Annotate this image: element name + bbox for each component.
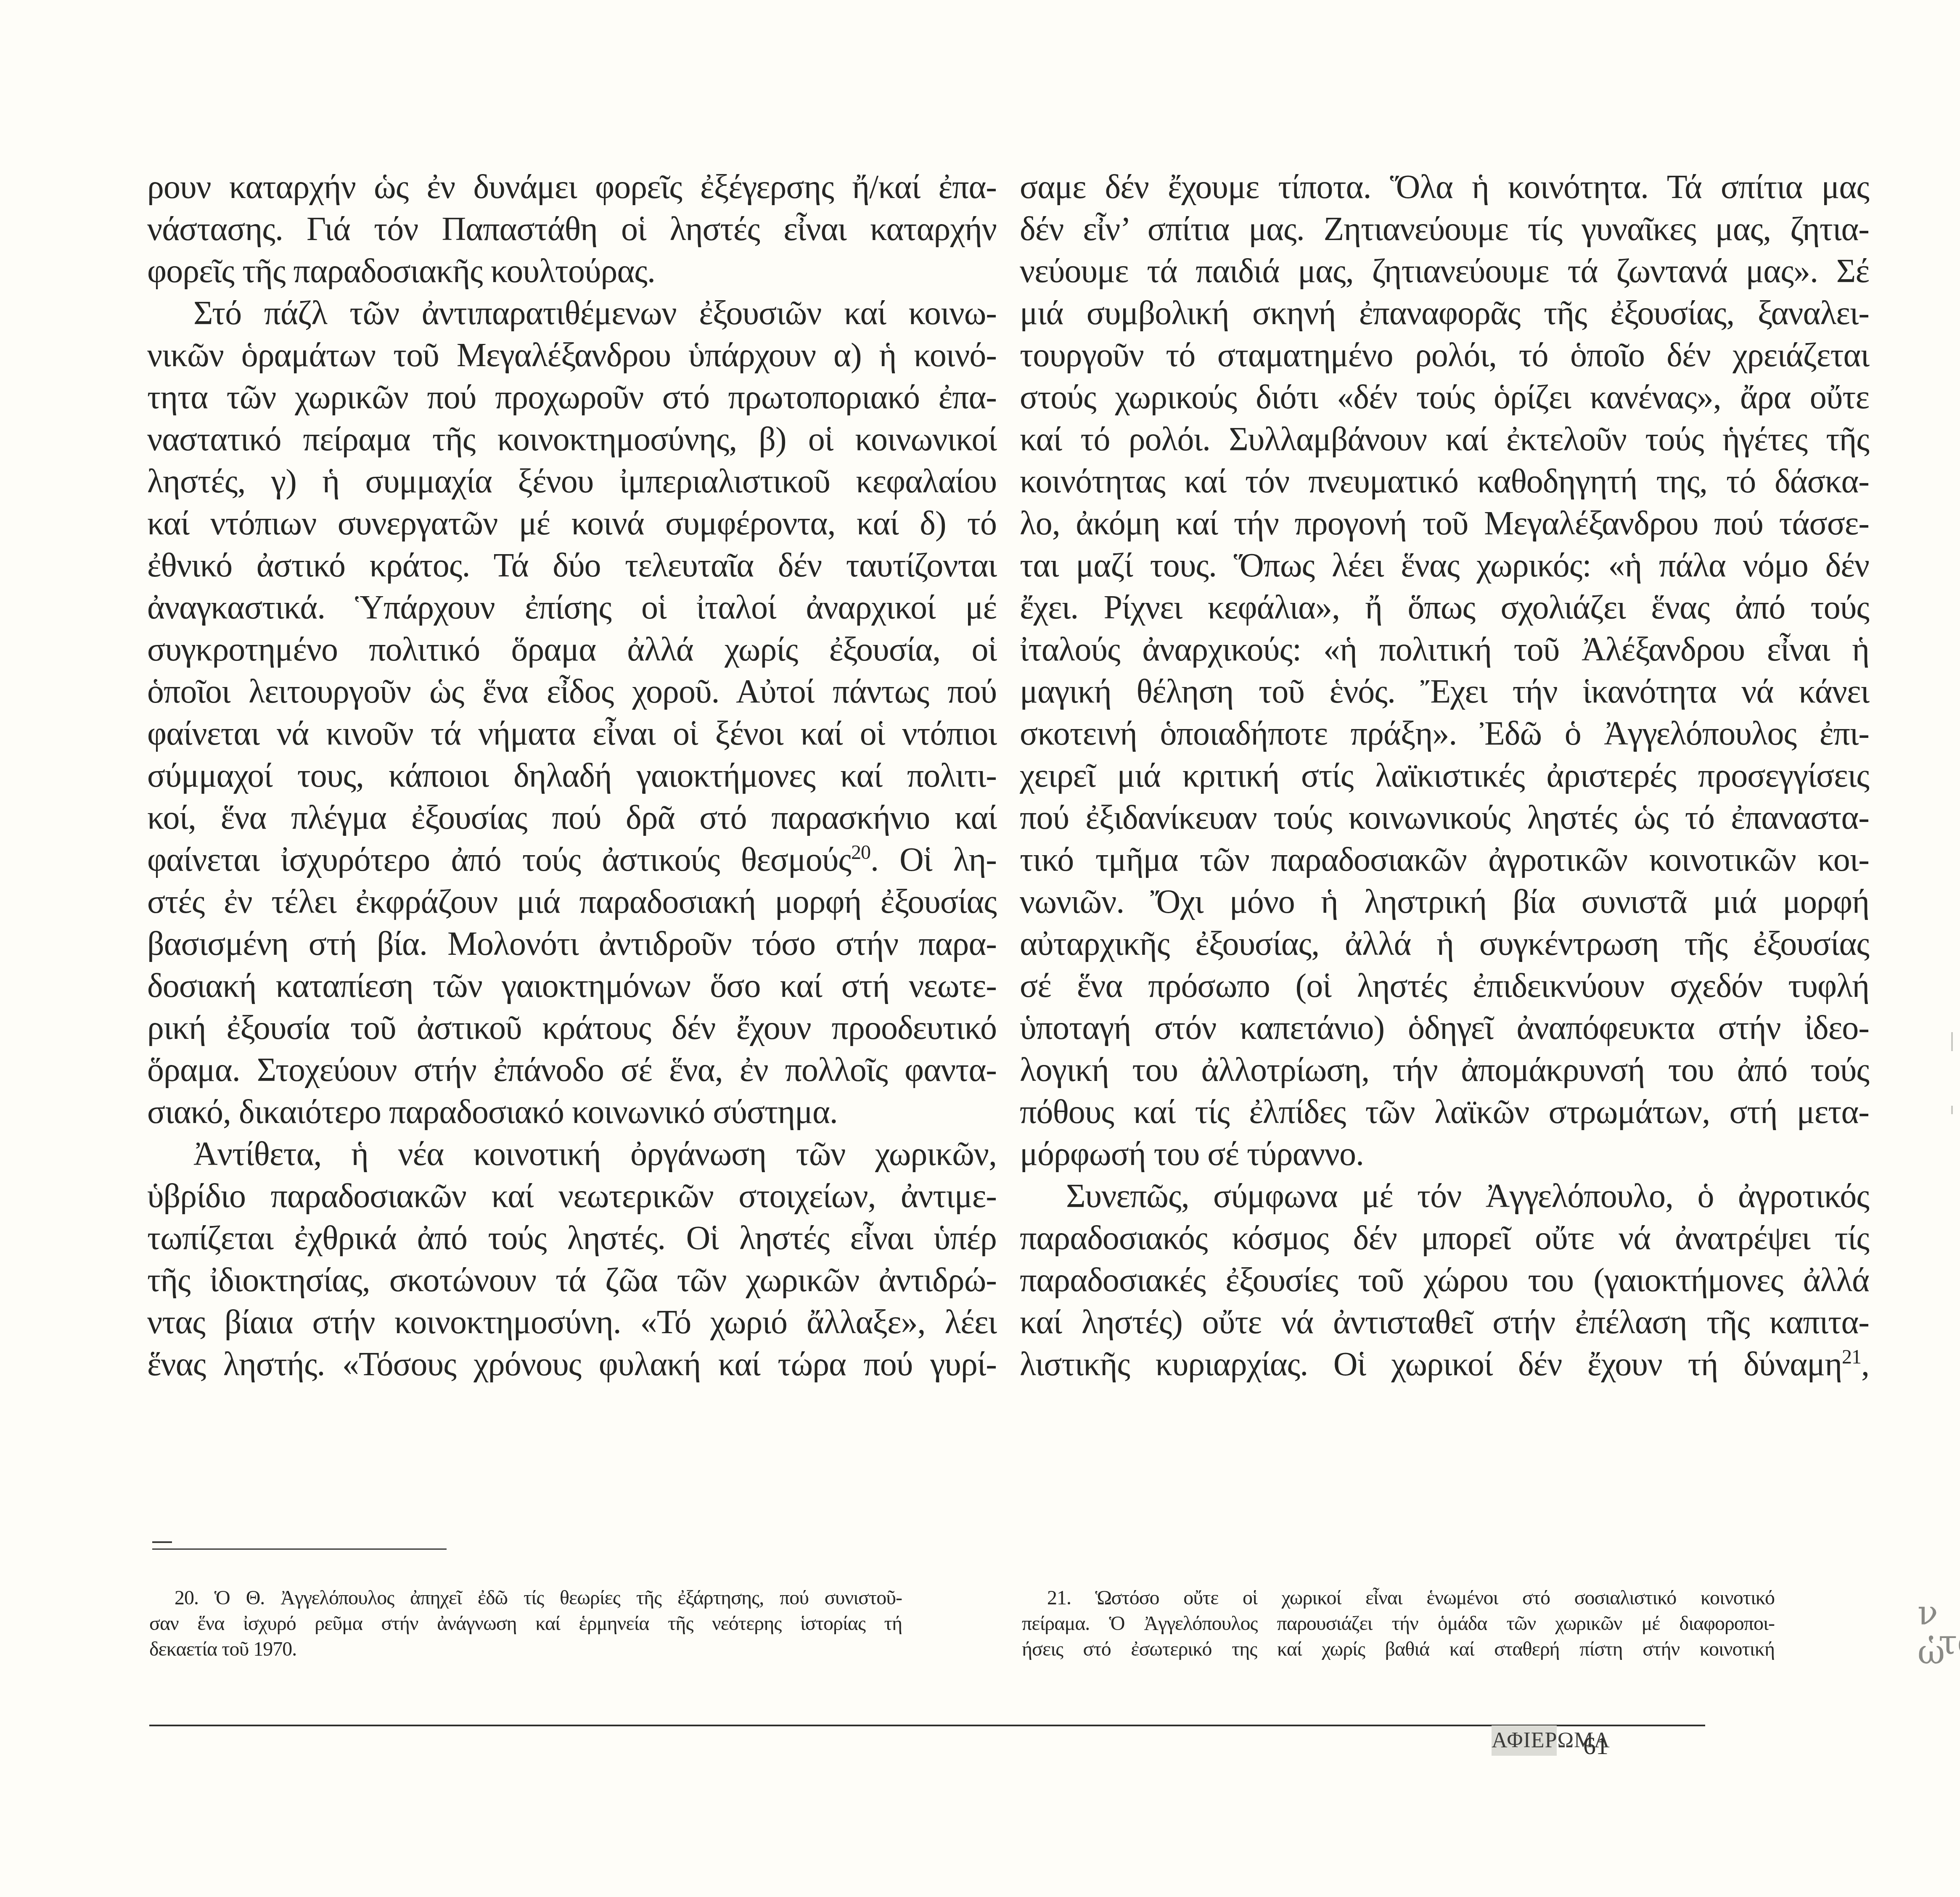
text-line: φαίνεται νά κινοῦν τά νήματα εἶναι οἱ ξέ… — [147, 713, 997, 755]
text-line: ἕνας ληστής. «Τόσους χρόνους φυλακή καί … — [147, 1343, 997, 1385]
text-line: συγκροτημένο πολιτικό ὅραμα ἀλλά χωρίς ἐ… — [147, 629, 997, 671]
text-line: τουργοῦν τό σταματημένο ρολόι, τό ὁποῖο … — [1020, 334, 1869, 376]
text-line: νωνιῶν. Ὄχι μόνο ἡ ληστρική βία συνιστᾶ … — [1020, 881, 1869, 923]
text-line: νικῶν ὁραμάτων τοῦ Μεγαλέξανδρου ὑπάρχου… — [147, 334, 997, 376]
text-line: καί ντόπιων συνεργατῶν μέ κοινά συμφέρον… — [147, 502, 997, 544]
text-line: κοί, ἕνα πλέγμα ἐξουσίας πού δρᾶ στό παρ… — [147, 797, 997, 839]
footnote-ref-20[interactable]: 20 — [851, 841, 870, 864]
line-text: λιστικῆς κυριαρχίας. Οἱ χωρικοί δέν ἔχου… — [1020, 1346, 1842, 1383]
text-line: σκοτεινή ὁποιαδήποτε πράξη». Ἐδῶ ὁ Ἀγγελ… — [1020, 713, 1869, 755]
paragraph-start-line: Συνεπῶς, σύμφωνα μέ τόν Ἀγγελόπουλο, ὁ ἀ… — [1020, 1175, 1869, 1217]
section-label: ΑΦΙΕΡΩΜΑ — [1492, 1725, 1557, 1756]
text-line: πού ἐξιδανίκευαν τούς κοινωνικούς ληστές… — [1020, 797, 1869, 839]
text-line: φορεῖς τῆς παραδοσιακῆς κουλτούρας. — [147, 250, 997, 292]
text-line: σαμε δέν ἔχουμε τίποτα. Ὅλα ἡ κοινότητα.… — [1020, 166, 1869, 208]
text-line-with-footnote-ref: φαίνεται ἰσχυρότερο ἀπό τούς ἀστικούς θε… — [147, 839, 997, 881]
text-line: καί ληστές) οὔτε νά ἀντισταθεῖ στήν ἐπέλ… — [1020, 1301, 1869, 1343]
text-line: καί τό ρολόι. Συλλαμβάνουν καί ἐκτελοῦν … — [1020, 418, 1869, 460]
text-line: στές ἐν τέλει ἐκφράζουν μιά παραδοσιακή … — [147, 881, 997, 923]
text-line: ντας βίαια στήν κοινοκτημοσύνη. «Τό χωρι… — [147, 1301, 997, 1343]
paragraph-start-line: Στό πάζλ τῶν ἀντιπαρατιθέμενων ἐξουσιῶν … — [147, 292, 997, 334]
text-line: κοινότητας καί τόν πνευματικό καθοδηγητή… — [1020, 460, 1869, 502]
page-number: 61 — [1583, 1729, 1608, 1762]
footnote-line: πείραμα. Ὁ Ἀγγελόπουλος παρουσιάζει τήν … — [1022, 1611, 1775, 1636]
scan-edge-mark — [1951, 1032, 1953, 1051]
text-line: ρική ἐξουσία τοῦ ἀστικοῦ κράτους δέν ἔχο… — [147, 1007, 997, 1049]
footnote-line: σαν ἕνα ἰσχυρό ρεῦμα στήν ἀνάγνωση καί ἑ… — [149, 1611, 902, 1636]
text-line: παραδοσιακές ἐξουσίες τοῦ χώρου του (γαι… — [1020, 1259, 1869, 1301]
text-line: πόθους καί τίς ἐλπίδες τῶν λαϊκῶν στρωμά… — [1020, 1091, 1869, 1133]
text-line: δοσιακή καταπίεση τῶν γαιοκτημόνων ὅσο κ… — [147, 965, 997, 1007]
text-line: παραδοσιακός κόσμος δέν μπορεῖ οὔτε νά ἀ… — [1020, 1217, 1869, 1259]
footnote-ref-21[interactable]: 21 — [1842, 1346, 1861, 1368]
adjacent-page-fragment: τα — [1939, 1623, 1960, 1662]
footnote-line: 21. Ὡστόσο οὔτε οἱ χωρικοί εἶναι ἑνωμένο… — [1022, 1585, 1775, 1611]
footnote-separator — [152, 1548, 447, 1550]
text-line: χειρεῖ μιά κριτική στίς λαϊκιστικές ἀρισ… — [1020, 755, 1869, 797]
text-line: νάστασης. Γιά τόν Παπαστάθη οἱ ληστές εἶ… — [147, 208, 997, 250]
line-text: φαίνεται ἰσχυρότερο ἀπό τούς ἀστικούς θε… — [147, 841, 851, 878]
line-text-after: . Οἱ λη- — [870, 841, 997, 878]
text-line: στούς χωρικούς διότι «δέν τούς ὁρίζει κα… — [1020, 376, 1869, 418]
text-line: ὑποταγή στόν καπετάνιο) ὁδηγεῖ ἀναπόφευκ… — [1020, 1007, 1869, 1049]
text-line: ἀναγκαστικά. Ὑπάρχουν ἐπίσης οἱ ἰταλοί ἀ… — [147, 587, 997, 629]
left-text-column: ρουν καταρχήν ὡς ἐν δυνάμει φορεῖς ἐξέγε… — [147, 166, 997, 1385]
text-line: μόρφωσή του σέ τύραννο. — [1020, 1133, 1869, 1175]
right-text-column: σαμε δέν ἔχουμε τίποτα. Ὅλα ἡ κοινότητα.… — [1020, 166, 1869, 1385]
text-line: τικό τμῆμα τῶν παραδοσιακῶν ἀγροτικῶν κο… — [1020, 839, 1869, 881]
footnote-line: δεκαετία τοῦ 1970. — [149, 1636, 902, 1662]
text-line: λο, ἀκόμη καί τήν προγονή τοῦ Μεγαλέξανδ… — [1020, 502, 1869, 544]
footer-rule — [149, 1725, 1705, 1726]
text-line: ρουν καταρχήν ὡς ἐν δυνάμει φορεῖς ἐξέγε… — [147, 166, 997, 208]
footnote-21: 21. Ὡστόσο οὔτε οἱ χωρικοί εἶναι ἑνωμένο… — [1022, 1585, 1775, 1662]
text-line: τωπίζεται ἐχθρικά ἀπό τούς ληστές. Οἱ λη… — [147, 1217, 997, 1259]
scan-edge-mark — [1951, 1106, 1953, 1114]
text-line: τητα τῶν χωρικῶν πού προχωροῦν στό πρωτο… — [147, 376, 997, 418]
text-line: μιά συμβολική σκηνή ἐπαναφορᾶς τῆς ἐξουσ… — [1020, 292, 1869, 334]
text-line: λογική του ἀλλοτρίωση, τήν ἀπομάκρυνσή τ… — [1020, 1049, 1869, 1091]
footnote-separator-mark — [152, 1541, 172, 1543]
text-line: ἔχει. Ρίχνει κεφάλια», ἤ ὅπως σχολιάζει … — [1020, 587, 1869, 629]
text-line: νεύουμε τά παιδιά μας, ζητιανεύουμε τά ζ… — [1020, 250, 1869, 292]
text-line: αὐταρχικῆς ἐξουσίας, ἀλλά ἡ συγκέντρωση … — [1020, 923, 1869, 965]
text-line: ὁποῖοι λειτουργοῦν ὡς ἕνα εἶδος χοροῦ. Α… — [147, 671, 997, 713]
footnote-line: 20. Ὁ Θ. Ἀγγελόπουλος ἀπηχεῖ ἐδῶ τίς θεω… — [149, 1585, 902, 1611]
text-line: σιακό, δικαιότερο παραδοσιακό κοινωνικό … — [147, 1091, 997, 1133]
footnote-line: ήσεις στό ἐσωτερικό της καί χωρίς βαθιά … — [1022, 1636, 1775, 1662]
text-line: ναστατικό πείραμα τῆς κοινοκτημοσύνης, β… — [147, 418, 997, 460]
text-line: τῆς ἰδιοκτησίας, σκοτώνουν τά ζῶα τῶν χω… — [147, 1259, 997, 1301]
text-line: ὑβρίδιο παραδοσιακῶν καί νεωτερικῶν στοι… — [147, 1175, 997, 1217]
text-line: ἐθνικό ἀστικό κράτος. Τά δύο τελευταῖα δ… — [147, 544, 997, 587]
text-line: δέν εἶν’ σπίτια μας. Ζητιανεύουμε τίς γυ… — [1020, 208, 1869, 250]
text-line: ὅραμα. Στοχεύουν στήν ἐπάνοδο σέ ἕνα, ἐν… — [147, 1049, 997, 1091]
paragraph-start-line: Ἀντίθετα, ἡ νέα κοινοτική ὀργάνωση τῶν χ… — [147, 1133, 997, 1175]
text-line: μαγική θέληση τοῦ ἑνός. Ἔχει τήν ἱκανότη… — [1020, 671, 1869, 713]
line-text-after: , — [1861, 1346, 1869, 1383]
text-line: ται μαζί τους. Ὅπως λέει ἕνας χωρικός: «… — [1020, 544, 1869, 587]
text-line: ληστές, γ) ἡ συμμαχία ξένου ἰμπεριαλιστι… — [147, 460, 997, 502]
footnote-20: 20. Ὁ Θ. Ἀγγελόπουλος ἀπηχεῖ ἐδῶ τίς θεω… — [149, 1585, 902, 1662]
text-line: σέ ἕνα πρόσωπο (οἱ ληστές ἐπιδεικνύουν σ… — [1020, 965, 1869, 1007]
text-line: ἰταλούς ἀναρχικούς: «ἡ πολιτική τοῦ Ἀλέξ… — [1020, 629, 1869, 671]
text-line-with-footnote-ref: λιστικῆς κυριαρχίας. Οἱ χωρικοί δέν ἔχου… — [1020, 1343, 1869, 1385]
text-line: σύμμαχοί τους, κάποιοι δηλαδή γαιοκτήμον… — [147, 755, 997, 797]
text-line: βασισμένη στή βία. Μολονότι ἀντιδροῦν τό… — [147, 923, 997, 965]
